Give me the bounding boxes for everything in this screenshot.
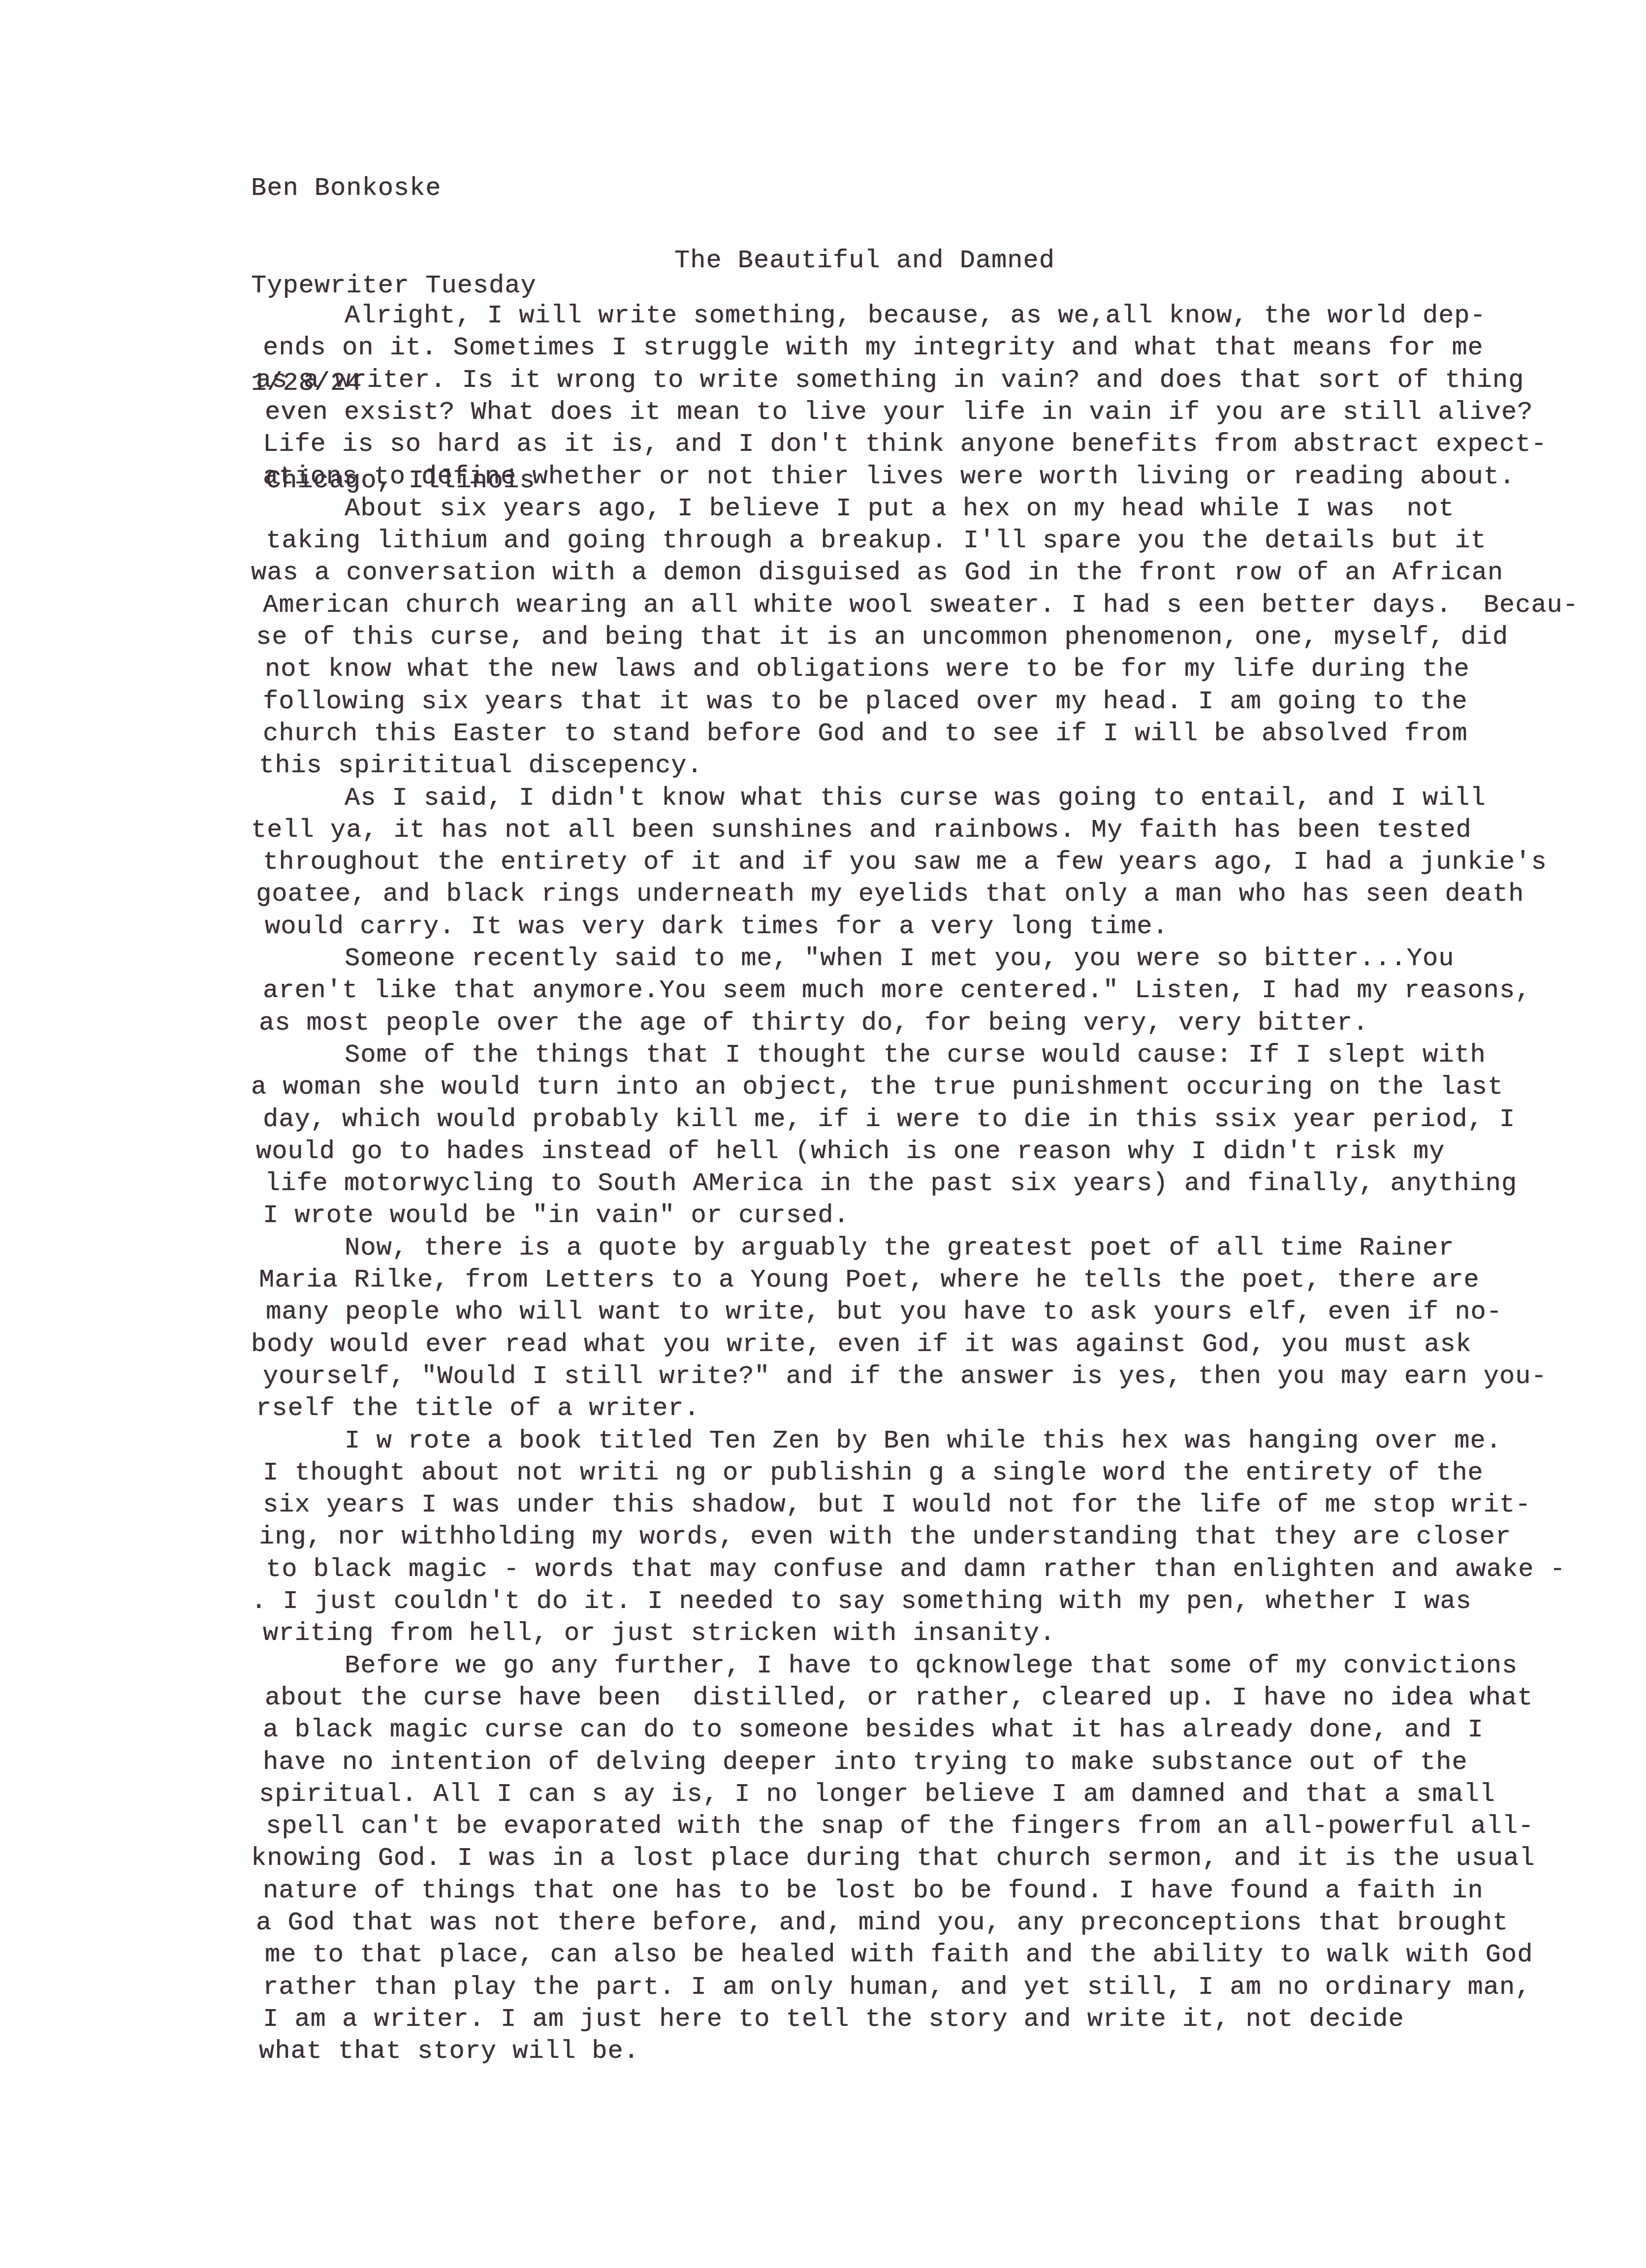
paragraph-line: not know what the new laws and obligatio… (265, 655, 1470, 684)
paragraph-line: I wrote would be "in vain" or cursed. (263, 1201, 850, 1230)
paragraph-line: would carry. It was very dark times for … (265, 912, 1169, 941)
paragraph-line: Life is so hard as it is, and I don't th… (263, 430, 1547, 459)
paragraph-first-line: Before we go any further, I have to qckn… (345, 1651, 1518, 1680)
paragraph-line: spiritual. All I can s ay is, I no longe… (259, 1780, 1495, 1809)
paragraph-line: spell can't be evaporated with the snap … (266, 1812, 1534, 1841)
paragraph-line: tell ya, it has not all been sunshines a… (251, 816, 1472, 845)
paragraph-line: have no intention of delving deeper into… (263, 1748, 1468, 1777)
paragraph-first-line: Someone recently said to me, "when I met… (345, 944, 1454, 973)
paragraph-line: rself the title of a writer. (256, 1394, 700, 1423)
paragraph-line: a woman she would turn into an object, t… (251, 1072, 1503, 1102)
document-title: The Beautiful and Damned (674, 246, 1055, 275)
paragraph-line: a black magic curse can do to someone be… (263, 1715, 1484, 1744)
paragraph-line: American church wearing an all white woo… (263, 591, 1579, 620)
paragraph-line: writing from hell, or just stricken with… (263, 1619, 1055, 1648)
paragraph-line: many people who will want to write, but … (266, 1297, 1502, 1326)
paragraph-line: was a conversation with a demon disguise… (251, 558, 1503, 587)
paragraph-line: yourself, "Would I still write?" and if … (263, 1362, 1547, 1391)
series-name: Typewriter Tuesday (251, 270, 537, 302)
paragraph-line: life motorwycling to South AMerica in th… (265, 1169, 1517, 1198)
paragraph-line: day, which would probably kill me, if i … (263, 1105, 1515, 1134)
author-name: Ben Bonkoske (251, 172, 537, 205)
paragraph-line: ing, nor withholding my words, even with… (259, 1522, 1511, 1551)
paragraph-line: as most people over the age of thirty do… (259, 1008, 1368, 1038)
paragraph-line: following six years that it was to be pl… (263, 687, 1468, 716)
paragraph-line: se of this curse, and being that it is a… (256, 623, 1508, 652)
paragraph-line: what that story will be. (259, 2037, 639, 2066)
paragraph-first-line: As I said, I didn't know what this curse… (345, 784, 1486, 813)
paragraph-line: nature of things that one has to be lost… (263, 1876, 1484, 1905)
paragraph-line: would go to hades instead of hell (which… (256, 1137, 1445, 1166)
paragraph-line: me to that place, can also be healed wit… (265, 1940, 1533, 1969)
paragraph-line: even exsist? What does it mean to live y… (265, 398, 1533, 427)
paragraph-line: Maria Rilke, from Letters to a Young Poe… (259, 1265, 1480, 1294)
paragraph-first-line: I w rote a book titled Ten Zen by Ben wh… (345, 1426, 1502, 1455)
paragraph-line: ends on it. Sometimes I struggle with my… (263, 333, 1484, 362)
paragraph-line: six years I was under this shadow, but I… (263, 1490, 1531, 1519)
paragraph-first-line: Alright, I will write something, because… (345, 301, 1486, 330)
paragraph-line: taking lithium and going through a break… (266, 526, 1487, 555)
paragraph-line: goatee, and black rings underneath my ey… (256, 880, 1524, 909)
paragraph-first-line: Now, there is a quote by arguably the gr… (345, 1233, 1454, 1262)
paragraph-line: as a writer. Is it wrong to write someth… (256, 366, 1524, 395)
paragraph-line: I am a writer. I am just here to tell th… (263, 2005, 1404, 2034)
paragraph-first-line: About six years ago, I believe I put a h… (345, 494, 1454, 523)
paragraph-line: knowing God. I was in a lost place durin… (251, 1844, 1535, 1873)
paragraph-line: . I just couldn't do it. I needed to say… (251, 1587, 1472, 1616)
typewritten-page: Ben Bonkoske Typewriter Tuesday 1/28/24 … (0, 0, 1646, 2268)
paragraph-line: throughout the entirety of it and if you… (263, 848, 1547, 877)
paragraph-line: to black magic - words that may confuse … (266, 1555, 1566, 1584)
paragraph-line: rather than play the part. I am only hum… (263, 1973, 1531, 2002)
paragraph-line: church this Easter to stand before God a… (263, 719, 1468, 748)
paragraph-line: about the curse have been distilled, or … (265, 1683, 1533, 1712)
paragraph-line: aren't like that anymore.You seem much m… (263, 976, 1531, 1005)
paragraph-line: a God that was not there before, and, mi… (256, 1908, 1508, 1937)
paragraph-first-line: Some of the things that I thought the cu… (345, 1040, 1486, 1070)
paragraph-line: this spirititual discepency. (259, 751, 703, 780)
paragraph-line: ations to define whether or not thier li… (263, 462, 1515, 491)
paragraph-line: body would ever read what you write, eve… (251, 1330, 1472, 1359)
paragraph-line: I thought about not writi ng or publishi… (263, 1458, 1484, 1487)
